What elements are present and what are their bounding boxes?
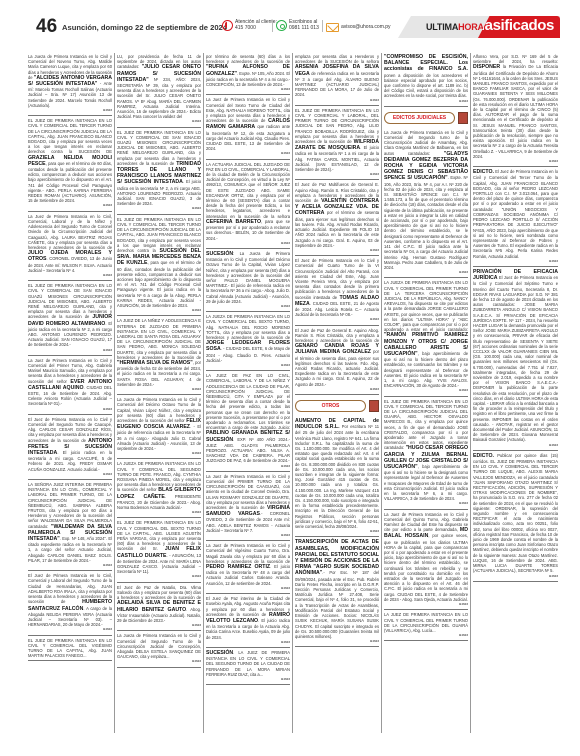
classified-ad: El Juez de Paz de Natalio, Dra. Vilma Sa…: [117, 584, 201, 632]
ad-code: B4623: [28, 563, 112, 568]
ad-code: B4623: [28, 627, 112, 632]
ad-highlight: "JULIO CESAR ONETO RAMOS S/ SUCESIÓN INT…: [117, 64, 201, 82]
ad-highlight: MD BALAL HOSSAIN: [384, 527, 468, 539]
contact-whatsapp[interactable]: Escribinos al0981 111 013: [276, 20, 319, 31]
ad-code: B4623: [206, 87, 290, 92]
ad-highlight: CEFERINA BARRETO: [206, 219, 261, 225]
ad-code: B4623: [117, 119, 201, 124]
classified-ad: EDICTO. Publicar por quince días (15) co…: [473, 452, 558, 582]
classified-ad: EL JUEZ DE PRIMERA INSTANCIA EN LO CIVIL…: [117, 129, 201, 215]
ad-code: B4623: [384, 501, 468, 506]
classified-ad: Alfonso Vera, por S.D. Nº 169 del 5 de s…: [473, 53, 558, 167]
ad-highlight: "WALDEMAR DA SILVA PALMEROLA S/ SUCESIÓN…: [28, 524, 112, 542]
classified-ad: LA JUEZ DE LA NIÑEZ Y ADOLESCENCIA E INT…: [117, 317, 201, 395]
ad-code: B4623: [28, 203, 112, 208]
classified-ad: El Juez de Paz Multifueros de General E.…: [295, 181, 379, 256]
contact-phone-value: 415 7000: [235, 25, 256, 31]
classified-ad: por término de sesenta (60) días a los h…: [206, 53, 290, 95]
classified-columns: La Jueza de Primera Instancia en lo Civi…: [26, 53, 560, 733]
ad-code: B4623: [206, 640, 290, 645]
classified-ad: PRIVACIÓN DE EFICACIA JURÍDICA El Juez d…: [473, 268, 558, 451]
ad-highlight: "RUFINA ALFONSO DE GONZALEZ": [206, 64, 290, 76]
ad-highlight: SUCESIÓN: [206, 650, 233, 656]
section-label: OTROS: [295, 400, 366, 412]
ad-code: B4623: [295, 639, 379, 644]
ad-highlight: "COMPROMISO DE ESCISIÓN, BALANCE ESPECIA…: [384, 54, 468, 72]
ad-code: B4623: [117, 206, 201, 211]
divider: [322, 20, 323, 32]
classified-ad: AUMENTO DE CAPITAL de INDUCLOR S.R.L. Po…: [295, 417, 379, 537]
phone-icon: [222, 20, 233, 31]
classified-ad: El Juez de Paz de General E. Aquino Abog…: [295, 327, 379, 395]
mail-icon: [326, 23, 339, 32]
publication-date: Asunción, domingo 22 de septiembre de 20…: [62, 23, 227, 32]
ad-highlight: ADELAIDA SILVA DE BENITEZ E HILARIO BENI…: [117, 600, 201, 612]
ad-highlight: GRAZIELA NELIDA MOJOLI PESCE: [28, 155, 112, 167]
section-label: EDICTOS JUDICIALES: [384, 112, 455, 124]
classified-ad: EL JUEZ DE PRIMERA INSTANCIA EN LO CIVIL…: [28, 117, 112, 211]
classified-ad: LA SEÑORA JUEZ INTERINA DE PRIMERA INSTA…: [28, 481, 112, 571]
ad-highlight: "HUGO CESAR ORREGO GARCIA Y ZULMA BERNAL…: [384, 445, 468, 470]
ad-highlight: BLAS GILBERTO LOPEZ CAÑETE: [117, 487, 201, 499]
ad-highlight: SUCESIÓN: [206, 251, 233, 257]
ad-highlight: SUCESIÓN DEL SR/A. MARIA MERCEDES BENZA …: [117, 248, 201, 266]
ad-code: B4623: [295, 172, 379, 177]
classified-ad: EL JUEZ DE PRIMERA INSTANCIA EN LO CIVIL…: [117, 216, 201, 317]
classified-ad: "COMPROMISO DE ESCISIÓN, BALANCE ESPECIA…: [384, 53, 468, 107]
section-tab: Clasificados: [478, 16, 560, 38]
classified-ad: EL JUEZ DE PRIMERA INSTANCIA EN LO CIVIL…: [28, 637, 112, 662]
ad-highlight: HUMBERTO SANTACRUZ FALCÓN: [28, 599, 112, 611]
ad-highlight: VIRGINIA SAMUDIO VARGAS: [206, 505, 290, 517]
classified-ad: LA JUEZ DE PAZ EN LO CIVIL, COMERCIAL, L…: [206, 372, 290, 472]
classified-ad: La Jueza de Primera Instancia en lo Civi…: [117, 632, 201, 667]
ad-code: B4623: [117, 659, 201, 664]
ad-code: B4623: [384, 633, 468, 638]
ad-highlight: AUMENTO DE CAPITAL de INDUCLOR S.R.L.: [295, 418, 379, 430]
column-2: LU, por providencia de fecha 11 de septi…: [115, 53, 204, 733]
ad-code: B4623: [295, 98, 379, 103]
section-header-otros: OTROS: [295, 399, 379, 413]
ad-highlight: TOMAS ALDAO MEZA: [295, 295, 379, 307]
ad-code: B4623: [206, 241, 290, 246]
ad-code: B4623: [117, 387, 201, 392]
ad-code: B4623: [28, 348, 112, 353]
brand-logo: ULTIMAHORA: [426, 22, 484, 32]
ad-code: B4623: [206, 304, 290, 309]
ad-code: B4623: [206, 363, 290, 368]
ad-code: B4623: [384, 99, 468, 104]
ad-highlight: TRINIDAD TORRES DE LLANO Y FRANCISCO LLA…: [117, 161, 201, 186]
ad-highlight: FELIX EUGENIO COSCIA ALVAREZ: [117, 418, 201, 430]
ad-code: B4623: [206, 533, 290, 538]
ad-code: B4623: [117, 510, 201, 515]
column-6: Alfonso Vera, por S.D. Nº 169 del 5 de s…: [471, 53, 560, 733]
ad-highlight: GENARO CANDIA ROJAS Y JULIANA MEDINA GON…: [295, 343, 379, 355]
ad-code: B4623: [473, 574, 558, 579]
ad-code: B4623: [28, 472, 112, 477]
ad-highlight: JULIO OJEDA MORALES Y OTROS: [28, 250, 112, 262]
classified-ad: LU, por providencia de fecha 11 de septi…: [117, 53, 201, 128]
ad-code: B4623: [473, 159, 558, 164]
classified-ad: LA JUEZA DE PRIMERA INSTANCIA EN LO CIVI…: [117, 460, 201, 518]
contact-email[interactable]: avisos@uhora.com.py: [326, 23, 391, 32]
classified-ad: La Juez de Primera Instancia en lo Civil…: [206, 96, 290, 159]
classified-ad: La Juez de Primera Instancia en lo Civil…: [28, 357, 112, 415]
column-4: emplaza por sesenta días a Herederos y a…: [293, 53, 382, 733]
ad-highlight: PRIVACIÓN DE EFICACIA JURÍDICA: [473, 269, 558, 281]
ad-code: B4623: [473, 443, 558, 448]
classified-ad: LA JUEZ DE PRIMERA INSTANCIA EN LO CIVIL…: [384, 611, 468, 641]
ad-code: B4623: [295, 317, 379, 322]
classified-ad: EL JUEZ DE PRIMERA INSTANCIA EN LO CIVIL…: [295, 107, 379, 181]
ad-highlight: "HERMINIA SILVA DE RAMOS": [117, 360, 193, 366]
classified-ad: EDICTO. El Juez de Primera Instancia en …: [473, 168, 558, 267]
ad-code: B4623: [28, 407, 112, 412]
classified-ad: La Jueza de Primera Instancia en lo Civi…: [117, 396, 201, 459]
ad-highlight: "GLADYS DEIDAMIA GOMEZ BEZERRA DA ROCHA …: [384, 151, 468, 182]
contact-phone[interactable]: Atención al cliente:415 7000: [222, 20, 277, 31]
ad-highlight: EDICTO.: [473, 453, 494, 459]
classified-ad: La Juez de Primera Instancia en lo Civil…: [206, 542, 290, 594]
column-3: por término de sesenta (60) días a los h…: [204, 53, 293, 733]
page-number: 46: [36, 16, 57, 38]
ad-highlight: ARSENIA JOSEFINA DA SILVA VEGA: [295, 64, 379, 76]
ad-code: B4623: [117, 308, 201, 313]
ad-code: B4623: [117, 574, 201, 579]
ad-highlight: CARLOS RAMON GAMARRA: [206, 118, 290, 130]
ad-highlight: JORGE LEODEGAR FLORES SOSA: [206, 340, 290, 352]
ad-code: B4623: [384, 602, 468, 607]
ad-code: B4623: [206, 464, 290, 469]
classified-ad: La Juez de Primera Instancia en lo Civil…: [206, 473, 290, 541]
classified-ad: El Juez de Primera Instancia en lo Civil…: [28, 572, 112, 635]
ad-highlight: PABLINO GRANADA BENITEZ S/ SUCESIÓN: [206, 430, 290, 442]
classified-ad: La Juez de Primera Instancia en lo Civil…: [384, 511, 468, 611]
ad-code: B4623: [117, 623, 201, 628]
section-header-edictos: EDICTOS JUDICIALES: [384, 111, 468, 125]
ad-code: B4623: [295, 248, 379, 253]
classified-ad: emplaza por sesenta días a Herederos y a…: [295, 53, 379, 106]
ad-code: B4623: [206, 151, 290, 156]
ad-code: B4623: [473, 259, 558, 264]
classified-ad: El Juez de Primera Instancia en lo Civil…: [28, 416, 112, 480]
classified-ad: TRANSCRIPCIÓN DE ACTAS DE ASAMBLEAS, MOD…: [295, 538, 379, 647]
classified-ad: EL JUEZ DE PRIMERA INSTANCIA EN LO CIVIL…: [28, 282, 112, 356]
classified-ad: LA JUEZA DE PRIMERA INSTANCIA EN LO CIVI…: [384, 279, 468, 396]
ad-highlight: VALENTIN CONTRERA Y ACELIA GONZALEZ VDA.…: [295, 198, 379, 216]
ad-highlight: WILFRIDA ZARATE DE MOSQUEIRA: [295, 139, 379, 151]
classified-ad: El Juez de Paz interino de la Ciudad de …: [206, 595, 290, 648]
ad-highlight: JUAN FELIX CASTILLO DUARTE: [117, 546, 201, 558]
ad-highlight: EDICTO.: [473, 169, 494, 175]
contact-email-value: avisos@uhora.com.py: [341, 25, 391, 31]
page-header: 46 Asunción, domingo 22 de septiembre de…: [0, 16, 580, 40]
divider: [272, 20, 273, 32]
column-1: La Jueza de Primera Instancia en lo Civi…: [26, 53, 115, 733]
ad-highlight: "ALCIDES ANTONIO VERGARA S/ SUCESIÓN INT…: [28, 75, 112, 87]
classified-ad: LA ACTUARIA JUDICIAL DEL JUZGADO DE PAZ …: [206, 161, 290, 249]
ad-highlight: ANTONIO FRETES S/ SUCESIÓN INTESTADA: [28, 438, 112, 456]
ad-highlight: EVER ANTONIO CASTELLANI AQUINO: [28, 379, 112, 391]
classified-ad: El Juez de Primera Instancia en lo Civil…: [295, 257, 379, 325]
classified-ad: La Juez de Primera Instancia en lo Civil…: [28, 213, 112, 281]
ad-code: B4623: [28, 273, 112, 278]
classified-ad: EL JUEZ DE PRIMERA INSTANCIA EN LO CIVIL…: [384, 398, 468, 510]
ad-code: B4623: [28, 108, 112, 113]
ad-code: B4623: [384, 270, 468, 275]
ad-code: B4623: [206, 586, 290, 591]
classified-ad: LA JUEZA DE PRIMERA INSTANCIA EN LO CIVI…: [206, 313, 290, 371]
ad-code: B4623: [295, 529, 379, 534]
ad-highlight: PEDRO RAMIREZ ORTIZ: [206, 564, 270, 570]
classified-ad: EL JUEZ DE PRIMERA INSTANCIA EN LO CIVIL…: [117, 519, 201, 582]
classified-ad: La Jueza de Primera Instancia en lo Civi…: [28, 53, 112, 116]
ad-highlight: DISPONER: [473, 64, 500, 70]
book-icon: [458, 112, 468, 124]
ad-code: B4623: [295, 387, 379, 392]
classified-ad: La Jueza de Primera Instancia en lo Civi…: [384, 129, 468, 278]
ad-code: B4623: [117, 451, 201, 456]
column-5: "COMPROMISO DE ESCISIÓN, BALANCE ESPECIA…: [382, 53, 471, 733]
ad-code: B4623: [384, 388, 468, 393]
classified-ad: SUCESIÓN: La Jueza de Primera Instancia …: [206, 250, 290, 312]
ad-highlight: JUNIOR DAVID ROMERO ALTAMIRANO: [28, 314, 112, 326]
ad-code: B4623: [206, 677, 290, 682]
classified-ad: SUCESIÓN. LA JUEZ DE PRIMERA INSTANCIA E…: [206, 649, 290, 685]
ad-highlight: TRANSCRIPCIÓN DE ACTAS DE ASAMBLEAS, MOD…: [295, 539, 379, 576]
contact-whatsapp-value: 0981 111 013: [289, 25, 319, 31]
box-icon: [369, 400, 379, 412]
whatsapp-icon: [276, 20, 287, 31]
ad-highlight: "RAMÓN PRIMITIVO RAMIREZ MONZON Y OTROS …: [384, 332, 468, 357]
ad-highlight: RAMIRO VELOTTO LEZCANO: [206, 612, 290, 624]
